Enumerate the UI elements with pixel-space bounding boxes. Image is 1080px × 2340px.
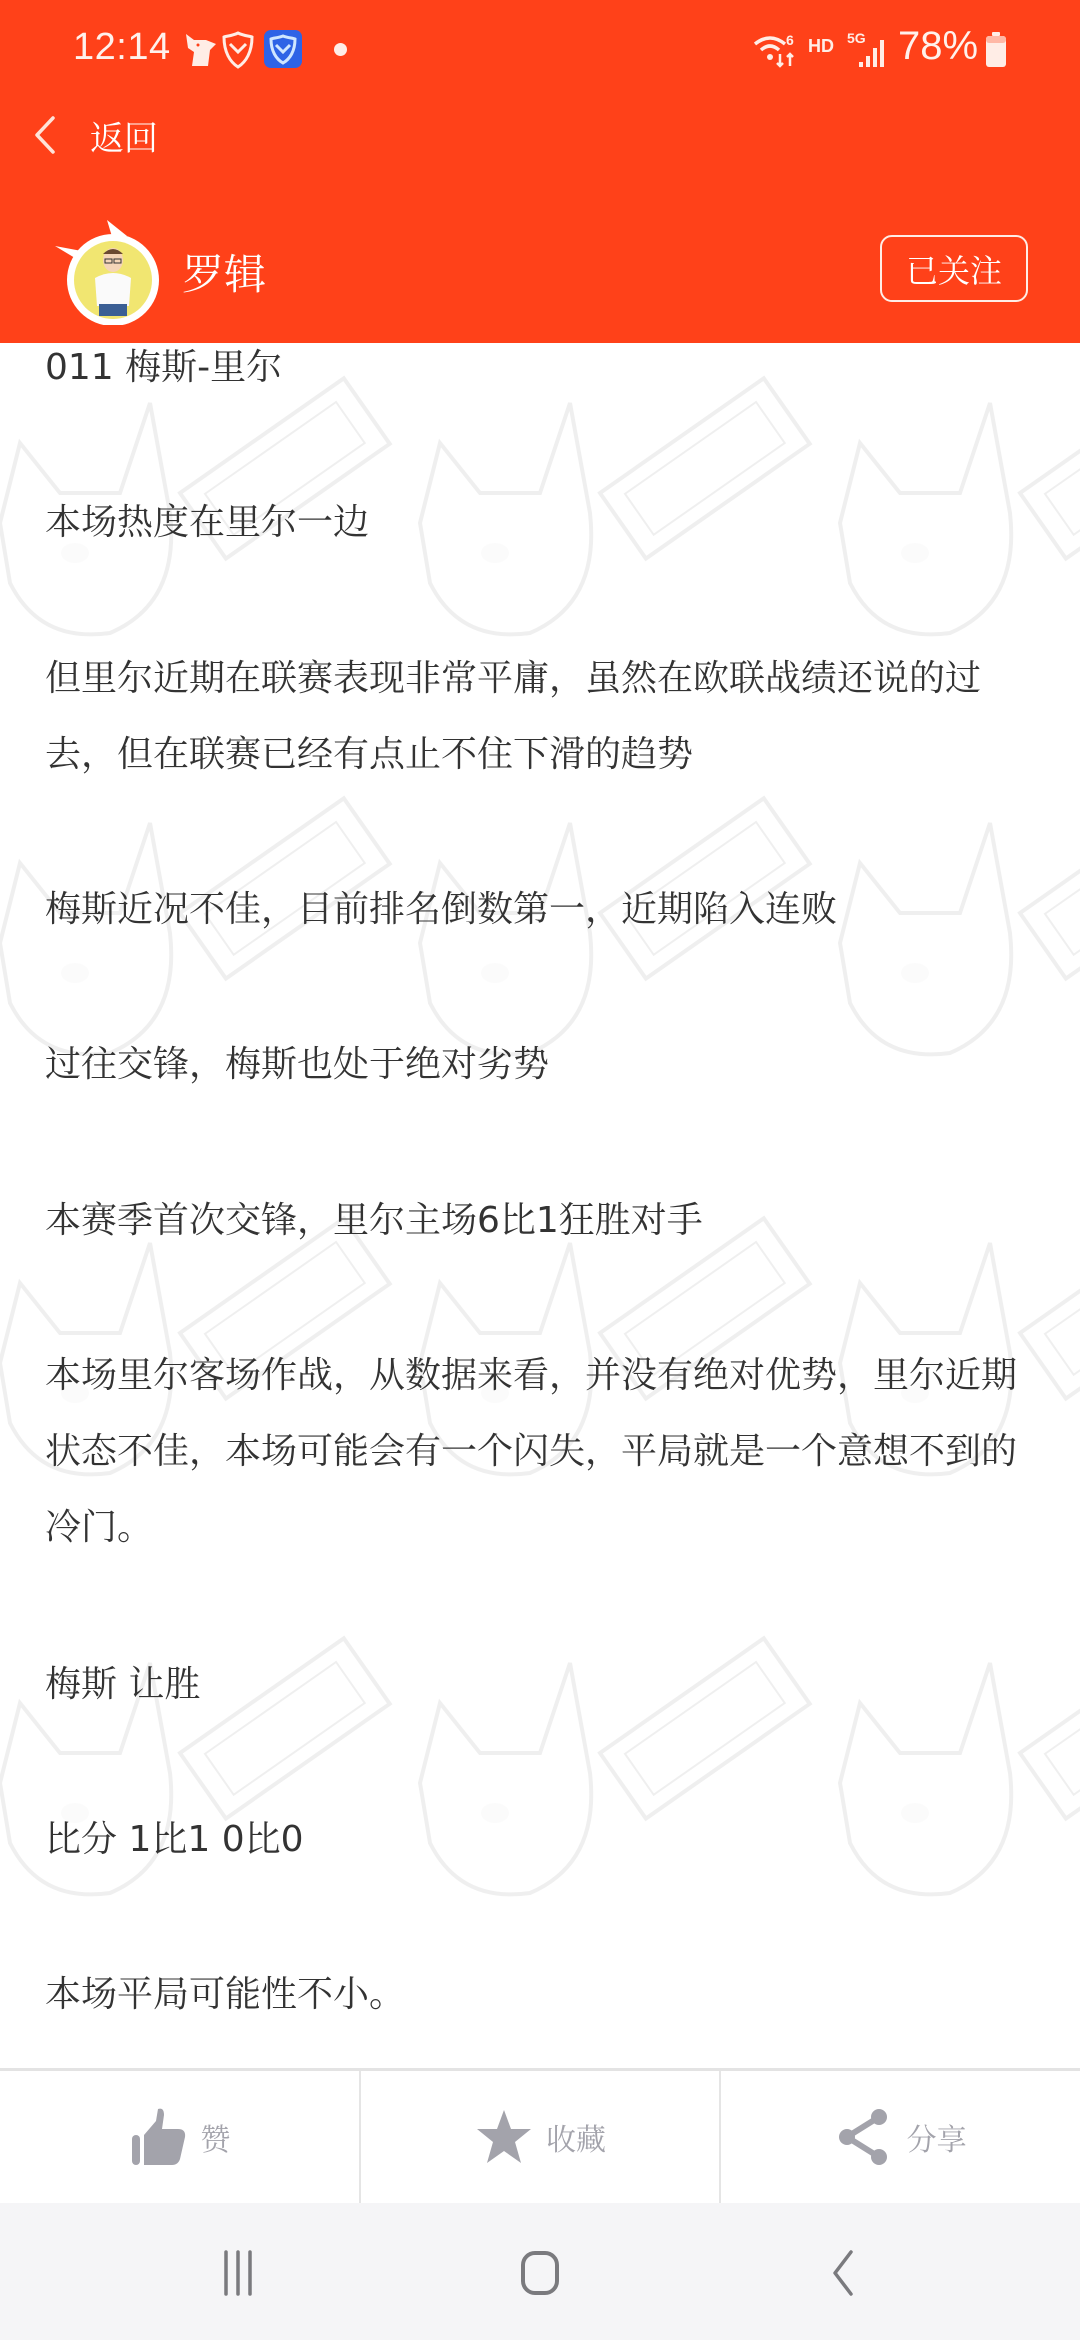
like-button[interactable]: 赞	[0, 2071, 361, 2203]
avatar[interactable]	[55, 220, 165, 325]
nav-back-button[interactable]	[798, 2233, 888, 2313]
status-bar: 12:14 6 HD 5G	[0, 0, 1080, 100]
status-time: 12:14	[73, 26, 171, 69]
article-paragraph: 梅斯近况不佳，目前排名倒数第一，近期陷入连败	[45, 872, 1045, 948]
back-icon	[823, 2248, 863, 2298]
app-header: 12:14 6 HD 5G	[0, 0, 1080, 343]
battery-percent: 78%	[898, 24, 978, 69]
like-label: 赞	[200, 2115, 230, 2159]
home-button[interactable]	[495, 2233, 585, 2313]
article-paragraph: 但里尔近期在联赛表现非常平庸，虽然在欧联战绩还说的过去，但在联赛已经有点止不住下…	[45, 641, 1045, 793]
favorite-label: 收藏	[546, 2115, 606, 2159]
article-paragraph: 梅斯 让胜	[45, 1647, 1045, 1723]
article-title-line: 011 梅斯-里尔	[45, 343, 1045, 406]
svg-text:6: 6	[786, 32, 794, 48]
cellular-signal-icon: 5G	[847, 30, 891, 70]
notification-dot-icon	[334, 43, 347, 56]
shield-outline-icon	[222, 30, 254, 70]
shield-app-icon	[264, 30, 302, 68]
action-bar: 赞 收藏 分享	[0, 2068, 1080, 2203]
system-nav-bar	[0, 2203, 1080, 2340]
favorite-button[interactable]: 收藏	[361, 2071, 722, 2203]
article-paragraph: 本赛季首次交锋，里尔主场6比1狂胜对手	[45, 1183, 1045, 1259]
author-row: 罗辑 已关注	[0, 220, 1080, 320]
star-icon	[474, 2107, 534, 2167]
article-paragraph: 本场平局可能性不小。	[45, 1957, 1045, 2033]
author-name[interactable]: 罗辑	[182, 242, 266, 302]
home-icon	[520, 2248, 560, 2298]
hd-indicator: HD	[808, 36, 834, 57]
article-paragraph: 本场热度在里尔一边	[45, 485, 1045, 561]
svg-text:5G: 5G	[847, 30, 866, 46]
article-paragraph: 本场里尔客场作战，从数据来看，并没有绝对优势，里尔近期状态不佳，本场可能会有一个…	[45, 1338, 1045, 1566]
article-content: 011 梅斯-里尔 本场热度在里尔一边 但里尔近期在联赛表现非常平庸，虽然在欧联…	[0, 343, 1080, 2068]
article-paragraph: 过往交锋，梅斯也处于绝对劣势	[45, 1027, 1045, 1103]
recents-button[interactable]	[193, 2233, 283, 2313]
mouse-app-icon	[180, 30, 220, 70]
chevron-left-icon	[25, 110, 65, 160]
battery-icon	[985, 32, 1007, 68]
share-icon	[835, 2107, 895, 2167]
back-button[interactable]: 返回	[25, 105, 158, 165]
article-paragraph: 比分 1比1 0比0	[45, 1802, 1045, 1878]
follow-button[interactable]: 已关注	[880, 235, 1028, 302]
thumbs-up-icon	[128, 2107, 188, 2167]
share-label: 分享	[907, 2115, 967, 2159]
back-label: 返回	[90, 111, 158, 160]
share-button[interactable]: 分享	[721, 2071, 1080, 2203]
wifi-icon: 6	[752, 30, 802, 70]
recents-icon	[218, 2248, 258, 2298]
